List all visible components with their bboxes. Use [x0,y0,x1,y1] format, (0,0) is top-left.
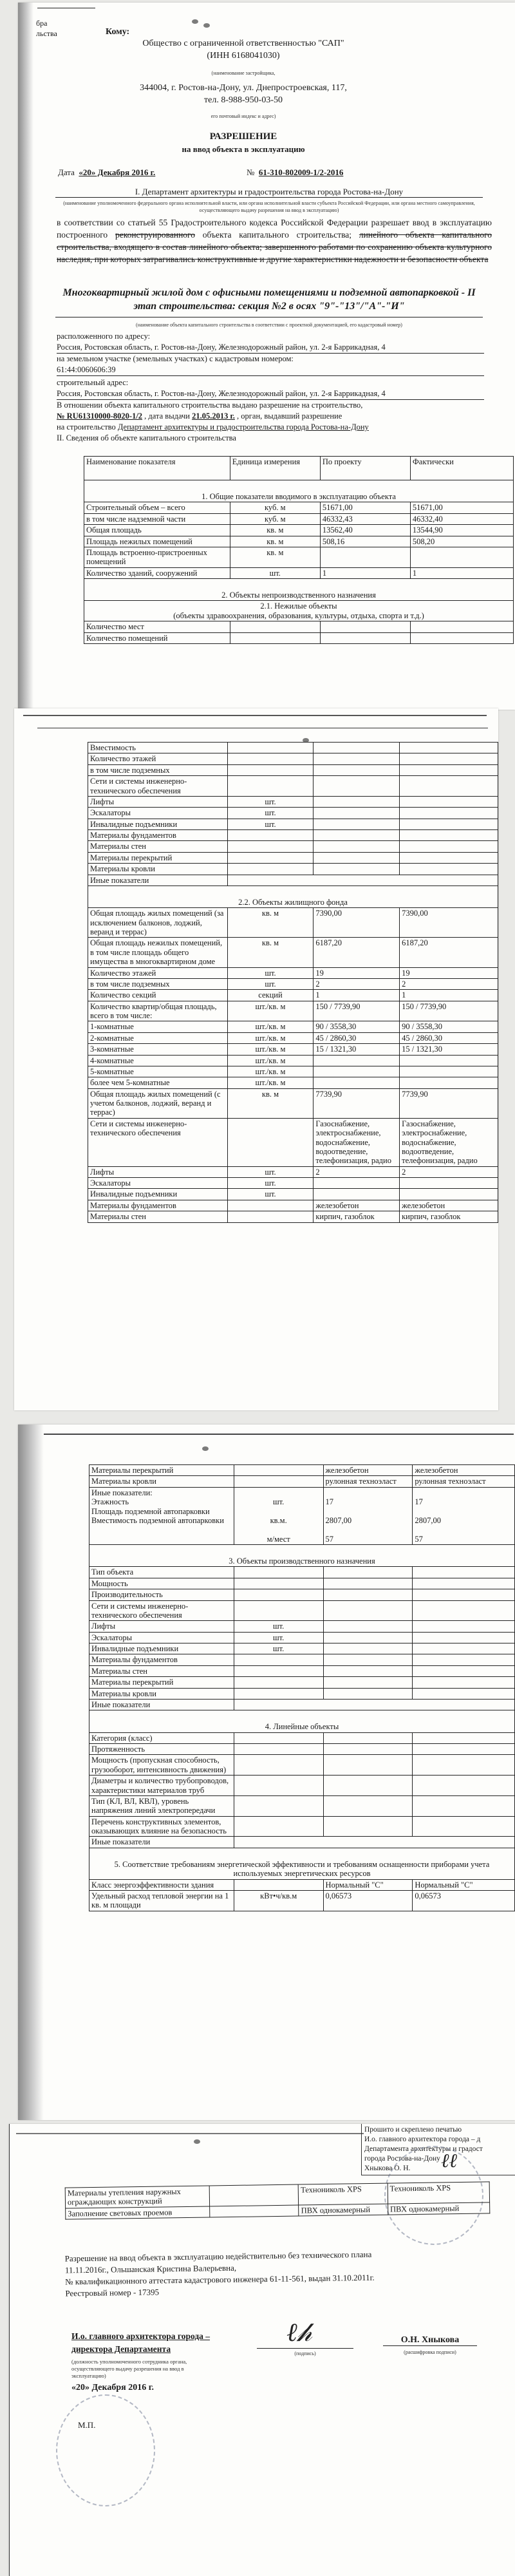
date-row: Дата «20» Декабря 2016 г. [58,167,155,178]
indicator-name: Материалы фундаментов [88,1200,228,1211]
table-row: Иные показатели:ЭтажностьПлощадь подземн… [89,1487,515,1544]
indicator-name: Сети и системы инженерно-технического об… [89,1600,234,1621]
unit [234,1879,323,1890]
unit [234,1688,323,1699]
indicators-table-page-3: Материалы перекрытийжелезобетонжелезобет… [89,1464,515,1911]
table-row: Инвалидные подъемникишт. [89,1643,515,1654]
corner-fragment: бра льства [36,18,57,39]
value-actual: 7390,00 [400,908,498,938]
recipient-caption: (наименование застройщика, [115,67,372,79]
unit: шт. [230,567,320,578]
indicator-name: Площадь нежилых помещений [84,536,230,547]
indicator-name: Общая площадь нежилых помещений, в том ч… [88,938,228,967]
table-row: Сети и системы инженерно-технического об… [88,1118,498,1166]
unit: шт./кв. м [227,1001,314,1021]
indicator-name: Количество квартир/общая площадь, всего … [88,1001,228,1021]
value-planned: 13562,40 [320,525,410,536]
value-planned: Нормальный "С" [323,1879,413,1890]
value-actual [413,1795,515,1816]
section-title: 2.1. Нежилые объекты(объекты здравоохран… [84,601,514,621]
value-planned [323,1795,413,1816]
unit [234,1567,323,1578]
indicator-name: Материалы кровли [89,1688,234,1699]
indicator-name: Количество мест [84,621,230,632]
unit [234,1600,323,1621]
value-actual: 46332,40 [410,513,513,524]
value-planned: железобетон [314,1200,400,1211]
table-row: Количество помещений [84,632,514,643]
value-actual: 1 [410,567,513,578]
value-planned [314,753,400,764]
value-actual: 0,06573 [413,1890,515,1911]
value-planned: 1 [314,990,400,1001]
value-planned: 150 / 7739,90 [314,1001,400,1021]
indicator-name: Лифты [88,796,228,807]
unit [227,1118,314,1166]
construction-permit-row: № RU61310000-8020-1/2 , дата выдачи 21.0… [57,411,484,422]
indicator-name: Материалы перекрытий [89,1677,234,1688]
value-planned [314,819,400,829]
unit: шт. [234,1621,323,1632]
value-actual [413,1744,515,1755]
object-name: Многоквартирный жилой дом с офисными пом… [55,286,483,317]
value-planned [323,1643,413,1654]
unit: кв. м [230,536,320,547]
section-title: 2.2. Объекты жилищного фонда [88,885,498,907]
value-actual: железобетон [413,1465,515,1476]
table-row: Инвалидные подъемникишт. [88,819,498,829]
value-actual: Газоснабжение, электроснабжение, водосна… [400,1118,498,1166]
table-row: Общая площадь жилых помещений (за исключ… [88,908,498,938]
binding-shadow [18,3,33,710]
indicator-name: 1-комнатные [88,1021,228,1032]
value-planned: 51671,00 [320,502,410,513]
value-actual [413,1688,515,1699]
construction-permit-date: 21.05.2013 г. [192,412,235,421]
value-planned [320,632,410,643]
section-header-row: 1. Общие показатели вводимого в эксплуат… [84,480,514,502]
unit [227,764,314,775]
table-row: Эскалаторышт. [88,1178,498,1189]
value-actual: 6187,20 [400,938,498,967]
table-row: Количество этажейшт.1919 [88,967,498,978]
value-actual [400,1055,498,1066]
value-planned: 1 [320,567,410,578]
table-row: в том числе подземных [88,764,498,775]
value-actual [413,1643,515,1654]
value-planned: 0,06573 [323,1890,413,1911]
value-actual [400,864,498,875]
value-planned: ПВХ однокамерный [299,2204,388,2216]
table-row: Эскалаторышт. [89,1632,515,1643]
table-row: Материалы стенкирпич, газоблоккирпич, га… [88,1211,498,1222]
table-row: Количество зданий, сооруженийшт.11 [84,567,514,578]
value-actual [400,1178,498,1189]
signature-mark: ℓℓ [441,2150,457,2172]
unit [234,1654,323,1665]
value-planned [323,1621,413,1632]
indicator-name: Количество зданий, сооружений [84,567,230,578]
permit-number: 61-310-802009-1/2-2016 [259,167,343,177]
indicator-name: Количество этажей [88,967,228,978]
unit: куб. м [230,502,320,513]
value-actual [400,753,498,764]
unit [227,852,314,863]
indicator-name: в том числе подземных [88,978,228,989]
unit [227,776,314,797]
table-row: Общая площадь нежилых помещений, в том ч… [88,938,498,967]
fold-line [37,728,488,728]
unit: шт. [227,1189,314,1200]
column-header: Наименование показателя [84,457,230,480]
address-block: расположенного по адресу: Россия, Ростов… [57,331,484,444]
indicator-name: 5-комнатные [88,1066,228,1077]
table-row: Материалы кровлирулонная техноэластрулон… [89,1476,515,1487]
unit: кв. м [227,938,314,967]
indicator-name: Количество этажей [88,753,228,764]
unit [234,1476,323,1487]
unit: шт. [227,967,314,978]
value-actual: 508,20 [410,536,513,547]
value-actual: 172807,0057 [413,1487,515,1544]
value-planned: 2 [314,978,400,989]
indicator-name: Материалы стен [89,1665,234,1676]
table-row: Тип (КЛ, ВЛ, КВЛ), уровень напряжения ли… [89,1795,515,1816]
signer-position-caption: (должность уполномоченного сотрудника ор… [71,2358,220,2380]
indicator-name: Лифты [89,1621,234,1632]
indicator-name: Вместимость [88,743,228,753]
value-actual [400,1077,498,1088]
indicator-name: Материалы фундаментов [89,1654,234,1665]
unit [234,1665,323,1676]
signer-position: И.о. главного архитектора города – дирек… [71,2330,210,2356]
unit: шт./кв. м [227,1021,314,1032]
value-actual [400,808,498,819]
value-actual [400,819,498,829]
value-planned: 90 / 3558,30 [314,1021,400,1032]
value-actual: 19 [400,967,498,978]
unit: кВт•ч/кв.м [234,1890,323,1911]
column-header: Фактически [410,457,513,480]
indicator-name: 3-комнатные [88,1044,228,1055]
unit: шт. [227,1166,314,1177]
table-row: Диаметры и количество трубопроводов, хар… [89,1776,515,1796]
indicator-name: Протяженность [89,1744,234,1755]
value-actual: 51671,00 [410,502,513,513]
value-planned: кирпич, газоблок [314,1211,400,1222]
value-actual [410,632,513,643]
value-merged [234,1837,514,1848]
unit [234,1776,323,1796]
value-actual [400,852,498,863]
value-planned: Газоснабжение, электроснабжение, водосна… [314,1118,400,1166]
value-actual: 1 [400,990,498,1001]
indicator-name: Мощность [89,1578,234,1589]
unit: шт. [234,1643,323,1654]
value-planned [314,1189,400,1200]
indicator-name: Общая площадь жилых помещений (с учетом … [88,1088,228,1118]
table-row: Производительность [89,1589,515,1600]
signature: ℓ𝒽 [286,2317,312,2347]
indicator-name: Эскалаторы [88,1178,228,1189]
unit: шт. [227,1178,314,1189]
unit [234,1795,323,1816]
value-planned [323,1589,413,1600]
value-planned [323,1755,413,1776]
table-row: Количество мест [84,621,514,632]
section-header-row: 2.1. Нежилые объекты(объекты здравоохран… [84,601,514,621]
indicator-name: Количество секций [88,990,228,1001]
value-actual [413,1589,515,1600]
unit [234,1744,323,1755]
indicator-name: Диаметры и количество трубопроводов, хар… [89,1776,234,1796]
indicator-name: Тип объекта [89,1567,234,1578]
section-header-row: 3. Объекты производственного назначения [89,1545,515,1567]
value-planned [320,621,410,632]
value-actual [413,1632,515,1643]
table-row: в том числе подземныхшт.22 [88,978,498,989]
section-header-row: 5. Соответствие требованиям энергетическ… [89,1848,515,1879]
unit: кв. м [230,547,320,567]
value-planned [323,1654,413,1665]
table-row: Класс энергоэффективности зданияНормальн… [89,1879,515,1890]
indicator-name: Инвалидные подъемники [88,819,228,829]
unit [234,1816,323,1837]
value-planned [314,1055,400,1066]
value-planned [314,808,400,819]
unit: куб. м [230,513,320,524]
value-planned [314,796,400,807]
section-title: 3. Объекты производственного назначения [89,1545,515,1567]
table-row: Иные показатели [89,1837,515,1848]
indicator-name: Сети и системы инженерно-технического об… [88,776,228,797]
indicator-name: Сети и системы инженерно-технического об… [88,1118,228,1166]
value-planned [323,1567,413,1578]
value-planned [314,864,400,875]
value-planned: рулонная техноэласт [323,1476,413,1487]
recipient-block: Общество с ограниченной ответственностью… [115,37,372,122]
indicator-name: 2-комнатные [88,1032,228,1043]
value-actual [400,1189,498,1200]
indicator-name: Иные показатели [88,875,228,885]
table-row: Сети и системы инженерно-технического об… [88,776,498,797]
value-actual: железобетон [400,1200,498,1211]
value-planned [314,743,400,753]
table-row: Вместимость [88,743,498,753]
signer-name-caption: (расшифровка подписи) [383,2349,477,2355]
fold-line [23,715,487,716]
table-row: Количество этажей [88,753,498,764]
unit: шт. [227,819,314,829]
value-actual [413,1621,515,1632]
signer-name: О.Н. Хныкова [383,2335,477,2346]
table-row: Материалы стен [89,1665,515,1676]
value-planned [323,1776,413,1796]
table-row: более чем 5-комнатныешт./кв. м [88,1077,498,1088]
table-row: 1-комнатныешт./кв. м90 / 3558,3090 / 355… [88,1021,498,1032]
indicator-name: Лифты [88,1166,228,1177]
unit: шт./кв. м [227,1055,314,1066]
value-actual [400,776,498,797]
unit [227,1211,314,1222]
value-planned [323,1677,413,1688]
table-row: Площадь нежилых помещенийкв. м508,16508,… [84,536,514,547]
ink-blot [202,1446,209,1451]
indicator-name: Материалы фундаментов [88,830,228,841]
sign-date: «20» Декабря 2016 г. [71,2383,154,2393]
indicator-name: Иные показатели [89,1837,234,1848]
unit: шт. [234,1632,323,1643]
value-actual: рулонная техноэласт [413,1476,515,1487]
table-row: Общая площадь жилых помещений (с учетом … [88,1088,498,1118]
section-title: 5. Соответствие требованиям энергетическ… [89,1848,515,1879]
value-actual: 7739,90 [400,1088,498,1118]
column-header: По проекту [320,457,410,480]
table-row: 2-комнатныешт./кв. м45 / 2860,3045 / 286… [88,1032,498,1043]
fold-line [16,2133,364,2134]
indicator-name: Инвалидные подъемники [89,1643,234,1654]
recipient-name: Общество с ограниченной ответственностью… [115,37,372,50]
document-page-3: Материалы перекрытийжелезобетонжелезобет… [18,1425,515,2120]
indicator-name: Мощность (пропускная способность, грузоо… [89,1755,234,1776]
value-planned [323,1816,413,1837]
recipient-caption-2: его почтовый индекс и адрес) [115,110,372,122]
tech-plan-note: Разрешение на ввод объекта в эксплуатаци… [65,2248,478,2300]
table-row: Материалы фундаментов [89,1654,515,1665]
indicator-name: Тип (КЛ, ВЛ, КВЛ), уровень напряжения ли… [89,1795,234,1816]
table-row: Материалы фундаментов [88,830,498,841]
value-planned: 15 / 1321,30 [314,1044,400,1055]
table-row: Количество секцийсекций11 [88,990,498,1001]
value-planned: 7390,00 [314,908,400,938]
section-header-row: 4. Линейные объекты [89,1710,515,1732]
table-row: Мощность (пропускная способность, грузоо… [89,1755,515,1776]
section-2-heading: II. Сведения об объекте капитального стр… [57,433,484,444]
value-actual [413,1665,515,1676]
value-actual: 15 / 1321,30 [400,1044,498,1055]
value-planned: 172807,0057 [323,1487,413,1544]
value-actual: кирпич, газоблок [400,1211,498,1222]
value-planned [314,841,400,852]
indicator-name: Эскалаторы [89,1632,234,1643]
value-actual [400,743,498,753]
indicator-name: Материалы перекрытий [89,1465,234,1476]
indicator-name: Иные показатели [89,1699,234,1710]
value-planned [323,1744,413,1755]
value-actual: Нормальный "С" [413,1879,515,1890]
doc-subtitle: на ввод объекта в эксплуатацию [115,144,372,155]
official-seal [56,2394,155,2506]
unit [227,864,314,875]
value-actual [400,796,498,807]
construction-permit-issuer: Департамент архитектуры и градостроитель… [118,422,369,431]
value-merged [234,1699,514,1710]
number-row: № 61-310-802009-1/2-2016 [247,167,343,178]
value-actual [400,830,498,841]
value-actual [410,547,513,567]
table-row: Иные показатели [88,875,498,885]
value-actual: 2 [400,1166,498,1177]
value-planned [323,1665,413,1676]
indicator-name: Материалы утепления наружных ограждающих… [65,2186,209,2208]
indicator-name: Общая площадь жилых помещений (за исключ… [88,908,228,938]
value-actual [400,841,498,852]
unit [209,2184,299,2206]
table-row: 5-комнатныешт./кв. м [88,1066,498,1077]
value-actual [400,1066,498,1077]
seal-label: М.П. [78,2420,95,2430]
value-actual [400,764,498,775]
unit [227,830,314,841]
value-actual [413,1776,515,1796]
authority-caption: (наименование уполномоченного федерально… [63,200,475,214]
construction-permit-number: № RU61310000-8020-1/2 [57,412,142,421]
value-planned [323,1600,413,1621]
unit: шт./кв. м [227,1032,314,1043]
ink-blot [194,2139,200,2144]
value-planned: 2 [314,1166,400,1177]
fold-line [44,1434,514,1435]
unit: шт.кв.м.м/мест [234,1487,323,1544]
value-planned: 45 / 2860,30 [314,1032,400,1043]
unit: кв. м [230,525,320,536]
unit: шт. [227,796,314,807]
table-row: Тип объекта [89,1567,515,1578]
value-merged [227,875,498,885]
value-planned [314,1066,400,1077]
value-planned [314,852,400,863]
authority: I. Департамент архитектуры и градостроит… [55,187,483,198]
indicator-name: Общая площадь [84,525,230,536]
table-row: Категория (класс) [89,1732,515,1743]
unit: кв. м [227,1088,314,1118]
value-actual: 90 / 3558,30 [400,1021,498,1032]
table-row: Материалы перекрытийжелезобетонжелезобет… [89,1465,515,1476]
value-actual [413,1732,515,1743]
indicator-name: Количество помещений [84,632,230,643]
unit: шт./кв. м [227,1044,314,1055]
indicators-table-page-4: Материалы утепления наружных ограждающих… [65,2181,491,2219]
table-row: Материалы кровли [88,864,498,875]
section-title: 4. Линейные объекты [89,1710,515,1732]
value-planned [314,776,400,797]
table-row: Удельный расход тепловой энергии на 1 кв… [89,1890,515,1911]
to-label: Кому: [106,27,129,37]
unit: шт./кв. м [227,1077,314,1088]
unit [227,1200,314,1211]
indicator-name: Материалы стен [88,841,228,852]
unit [234,1465,323,1476]
recipient-inn: (ИНН 6168041030) [115,50,372,62]
indicator-name: Материалы перекрытий [88,852,228,863]
value-actual [413,1578,515,1589]
indicator-name: Удельный расход тепловой энергии на 1 кв… [89,1890,234,1911]
indicator-name: Категория (класс) [89,1732,234,1743]
table-row: в том числе надземной частикуб. м46332,4… [84,513,514,524]
value-actual [413,1677,515,1688]
signature-caption: (подпись) [257,2351,353,2356]
indicator-name: Материалы кровли [89,1476,234,1487]
indicator-name: Перечень конструктивных элементов, оказы… [89,1816,234,1837]
table-row: Инвалидные подъемникишт. [88,1189,498,1200]
table-row: Сети и системы инженерно-технического об… [89,1600,515,1621]
value-planned [314,764,400,775]
value-actual: 13544,90 [410,525,513,536]
signature-line [257,2348,353,2349]
document-page-4: Прошито и скреплено печатью И.о. главног… [9,2124,515,2576]
indicator-name: в том числе надземной части [84,513,230,524]
value-planned [314,830,400,841]
